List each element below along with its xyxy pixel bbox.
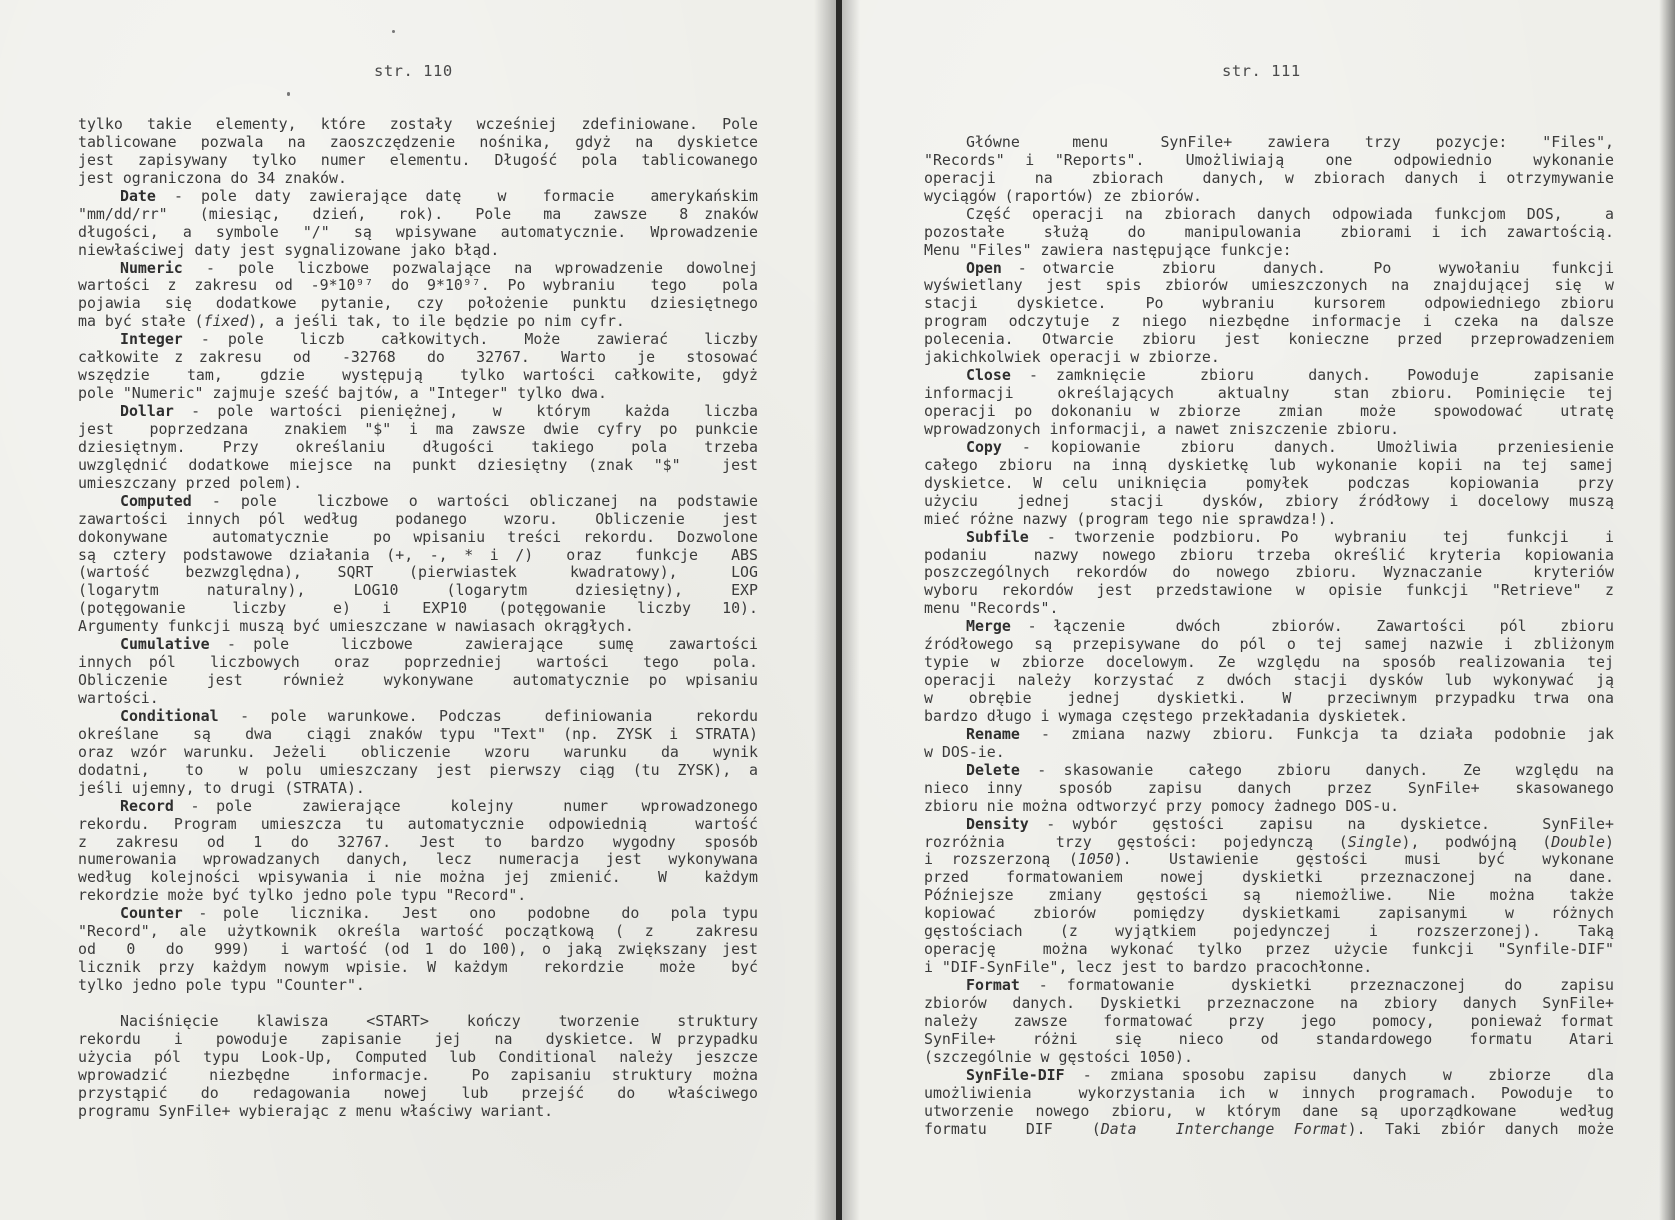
text-run: innych pól liczbowych oraz poprzedniej w… <box>78 653 758 671</box>
italic-term: Single <box>1348 833 1402 851</box>
text-run: użycia pól typu Look-Up, Computed lub Co… <box>78 1048 758 1066</box>
text-line: Merge - łączenie dwóch zbiorów. Zawartoś… <box>924 618 1614 636</box>
text-line: Conditional - pole warunkowe. Podczas de… <box>78 708 758 726</box>
text-run: należy zawsze formatować przy jego pomoc… <box>924 1012 1614 1030</box>
text-run: podaniu nazwy nowego zbioru trzeba okreś… <box>924 546 1614 564</box>
text-run: operacji należy korzystać z dwóch stacji… <box>924 671 1614 689</box>
text-run: gęstościach (z wyjątkiem pojedynczej i r… <box>924 922 1614 940</box>
text-run: dokonywane automatycznie po wpisaniu tre… <box>78 528 758 546</box>
text-line: Główne menu SynFile+ zawiera trzy pozycj… <box>924 134 1614 152</box>
text-run: - pole liczbowe pozwalające na wprowadze… <box>183 259 758 277</box>
text-run: od 0 do 999) i wartość (od 1 do 100), o … <box>78 940 758 958</box>
text-run: tylko takie elementy, które zostały wcze… <box>78 115 758 133</box>
text-run: wyświetlany jest spis zbiorów umieszczon… <box>924 276 1614 294</box>
text-line: rekordzie może być tylko jedno pole typu… <box>78 887 758 905</box>
text-run: i rozszerzoną ( <box>924 850 1078 868</box>
text-run: wartości z zakresu od -9*10⁹⁷ do 9*10⁹⁷.… <box>78 276 758 294</box>
text-line: użycia pól typu Look-Up, Computed lub Co… <box>78 1049 758 1067</box>
text-run: zawartości innych pól według podanego wz… <box>78 510 758 528</box>
field-term: Subfile <box>966 528 1029 546</box>
text-run: "Records" i "Reports". Umożliwiają one o… <box>924 151 1614 169</box>
text-run: licznik przy każdym nowym wpisie. W każd… <box>78 958 758 976</box>
blank-line <box>78 995 758 1013</box>
text-run: - formatowanie dyskietki przeznaczonej d… <box>1020 976 1614 994</box>
text-run: ). Taki zbiór danych może <box>1348 1120 1614 1138</box>
text-line: operacji na zbiorach danych, w zbiorach … <box>924 170 1614 188</box>
text-line: rekordu i powoduje zapisanie jej na dysk… <box>78 1031 758 1049</box>
text-line: w obrębie jednej dyskietki. W przeciwnym… <box>924 690 1614 708</box>
left-page: str. 110 tylko takie elementy, które zos… <box>0 0 838 1220</box>
text-line: Rename - zmiana nazwy zbioru. Funkcja ta… <box>924 726 1614 744</box>
text-line: jest zapisywany tylko numer elementu. Dł… <box>78 152 758 170</box>
field-term: Date <box>120 187 156 205</box>
text-line: Późniejsze zmiany gęstości są niemożliwe… <box>924 887 1614 905</box>
blank-line <box>924 116 1614 134</box>
field-term: Open <box>966 259 1002 277</box>
text-line: jest ograniczona do 34 znaków. <box>78 170 758 188</box>
text-run: wyboru rekordów jest przedstawione w opi… <box>924 581 1614 599</box>
text-run: SynFile+ różni się nieco od standardoweg… <box>924 1030 1614 1048</box>
text-run: program odczytuje z niego niezbędne info… <box>924 312 1614 330</box>
right-page: str. 111 Główne menu SynFile+ zawiera tr… <box>842 0 1675 1220</box>
text-run: ) <box>1605 833 1614 851</box>
field-term: Merge <box>966 617 1011 635</box>
text-run: wprowadzonych informacji, a nawet zniszc… <box>924 420 1399 438</box>
text-line: Counter - pole licznika. Jest ono podobn… <box>78 905 758 923</box>
text-run: określane są dwa ciągi znaków typu "Text… <box>78 725 758 743</box>
text-line: z zakresu od 1 do 32767. Jest to bardzo … <box>78 834 758 852</box>
text-run: Część operacji na zbiorach danych odpowi… <box>966 205 1614 223</box>
text-run: są cztery podstawowe działania (+, -, * … <box>78 546 758 564</box>
italic-term: Double <box>1551 833 1605 851</box>
field-term: SynFile-DIF <box>966 1066 1065 1084</box>
text-line: tylko jedno pole typu "Counter". <box>78 977 758 995</box>
text-line: Obliczenie jest również wykonywane autom… <box>78 672 758 690</box>
text-line: wprowadzonych informacji, a nawet zniszc… <box>924 421 1614 439</box>
text-run: rozróżnia trzy gęstości: pojedynczą ( <box>924 833 1348 851</box>
text-line: formatu DIF (Data Interchange Format). T… <box>924 1121 1614 1139</box>
text-line: przystąpić do redagowania nowej lub prze… <box>78 1085 758 1103</box>
text-line: operacji należy korzystać z dwóch stacji… <box>924 672 1614 690</box>
text-run: ), podwójną ( <box>1401 833 1551 851</box>
text-line: umieszczany przed polem). <box>78 475 758 493</box>
text-line: wyświetlany jest spis zbiorów umieszczon… <box>924 277 1614 295</box>
text-run: źródłowego są przepisywane do pól o tej … <box>924 635 1614 653</box>
text-line: Dollar - pole wartości pieniężnej, w któ… <box>78 403 758 421</box>
text-line: Date - pole daty zawierające datę w form… <box>78 188 758 206</box>
text-line: i rozszerzoną (1050). Ustawienie gęstośc… <box>924 851 1614 869</box>
text-run: typie w zbiorze docelowym. Ze względu na… <box>924 653 1614 671</box>
text-line: uwzględnić dodatkowe miejsce na punkt dz… <box>78 457 758 475</box>
field-term: Computed <box>120 492 192 510</box>
text-run: w obrębie jednej dyskietki. W przeciwnym… <box>924 689 1614 707</box>
text-line: jeśli ujemny, to drugi (STRATA). <box>78 780 758 798</box>
field-term: Cumulative <box>120 635 210 653</box>
text-line: informacji określających aktualny stan z… <box>924 385 1614 403</box>
text-line: i "DIF-SynFile", lecz jest to bardzo pra… <box>924 959 1614 977</box>
text-line: wartości z zakresu od -9*10⁹⁷ do 9*10⁹⁷.… <box>78 277 758 295</box>
text-run: - pole licznika. Jest ono podobne do pol… <box>183 904 758 922</box>
text-run: utworzenie nowego zbioru, w którym dane … <box>924 1102 1614 1120</box>
text-line: od 0 do 999) i wartość (od 1 do 100), o … <box>78 941 758 959</box>
text-run: długości, a symbole "/" są wpisywane aut… <box>78 223 758 241</box>
text-line: Density - wybór gęstości zapisu na dyski… <box>924 816 1614 834</box>
text-run: Naciśnięcie klawisza <START> kończy twor… <box>120 1012 758 1030</box>
text-run: zbioru nie można odtworzyć przy pomocy ż… <box>924 797 1399 815</box>
text-line: gęstościach (z wyjątkiem pojedynczej i r… <box>924 923 1614 941</box>
text-run: dyskietce. W celu uniknięcia pomyłek pod… <box>924 474 1614 492</box>
text-run: - pole daty zawierające datę w formacie … <box>156 187 758 205</box>
text-run: kopiować zbiorów pomiędzy dyskietkami za… <box>924 904 1614 922</box>
page-number: str. 110 <box>374 62 453 80</box>
text-run: - zmiana sposobu zapisu danych w zbiorze… <box>1065 1066 1614 1084</box>
text-line: są cztery podstawowe działania (+, -, * … <box>78 547 758 565</box>
text-line: numerowania wprowadzanych danych, lecz n… <box>78 851 758 869</box>
text-line: całkowite z zakresu od -32768 do 32767. … <box>78 349 758 367</box>
text-line: Copy - kopiowanie zbioru danych. Umożliw… <box>924 439 1614 457</box>
text-line: utworzenie nowego zbioru, w którym dane … <box>924 1103 1614 1121</box>
text-run: tablicowane pozwala na zaoszczędzenie no… <box>78 133 758 151</box>
field-term: Integer <box>120 330 183 348</box>
speck <box>287 92 290 96</box>
text-run: - skasowanie całego zbioru danych. Ze wz… <box>1020 761 1614 779</box>
text-line: "Record", ale użytkownik określa wartość… <box>78 923 758 941</box>
text-run: - pole zawierające kolejny numer wprowad… <box>174 797 758 815</box>
text-run: ma być stałe ( <box>78 312 204 330</box>
text-run: stacji dyskietce. Po wybraniu kursorem o… <box>924 294 1614 312</box>
text-line: Subfile - tworzenie podzbioru. Po wybran… <box>924 529 1614 547</box>
speck <box>392 30 395 33</box>
text-run: polecenia. Otwarcie zbioru jest konieczn… <box>924 330 1614 348</box>
text-line: umożliwienia wykorzystania ich w innych … <box>924 1085 1614 1103</box>
text-run: ), a jeśli tak, to ile będzie po nim cyf… <box>248 312 625 330</box>
text-line: dyskietce. W celu uniknięcia pomyłek pod… <box>924 475 1614 493</box>
text-run: w DOS-ie. <box>924 743 1005 761</box>
text-line: rozróżnia trzy gęstości: pojedynczą (Sin… <box>924 834 1614 852</box>
field-term: Dollar <box>120 402 174 420</box>
text-run: poszczególnych rekordów do nowego zbioru… <box>924 563 1614 581</box>
text-line: Record - pole zawierające kolejny numer … <box>78 798 758 816</box>
text-run: całkowite z zakresu od -32768 do 32767. … <box>78 348 758 366</box>
text-line: typie w zbiorze docelowym. Ze względu na… <box>924 654 1614 672</box>
text-line: rekordu. Program umieszcza tu automatycz… <box>78 816 758 834</box>
text-line: stacji dyskietce. Po wybraniu kursorem o… <box>924 295 1614 313</box>
text-run: umieszczany przed polem). <box>78 474 302 492</box>
text-line: innych pól liczbowych oraz poprzedniej w… <box>78 654 758 672</box>
text-run: rekordzie może być tylko jedno pole typu… <box>78 886 526 904</box>
text-line: Delete - skasowanie całego zbioru danych… <box>924 762 1614 780</box>
text-run: operacji po dokonaniu w zbiorze zmian mo… <box>924 402 1614 420</box>
text-line: Menu "Files" zawiera następujące funkcje… <box>924 242 1614 260</box>
text-run: wartości. <box>78 689 159 707</box>
text-run: - łączenie dwóch zbiorów. Zawartości pól… <box>1011 617 1614 635</box>
text-line: źródłowego są przepisywane do pól o tej … <box>924 636 1614 654</box>
text-run: - otwarcie zbioru danych. Po wywołaniu f… <box>1002 259 1614 277</box>
text-run: informacji określających aktualny stan z… <box>924 384 1614 402</box>
text-line: wyciągów (raportów) ze zbiorów. <box>924 188 1614 206</box>
text-line: (potęgowanie liczby e) i EXP10 (potęgowa… <box>78 600 758 618</box>
field-term: Delete <box>966 761 1020 779</box>
text-run: Późniejsze zmiany gęstości są niemożliwe… <box>924 886 1614 904</box>
text-line: pozostałe służą do manipulowania zbioram… <box>924 224 1614 242</box>
text-run: rekordu i powoduje zapisanie jej na dysk… <box>78 1030 758 1048</box>
text-line: należy zawsze formatować przy jego pomoc… <box>924 1013 1614 1031</box>
text-line: program odczytuje z niego niezbędne info… <box>924 313 1614 331</box>
text-line: SynFile+ różni się nieco od standardoweg… <box>924 1031 1614 1049</box>
text-run: rekordu. Program umieszcza tu automatycz… <box>78 815 758 833</box>
text-line: programu SynFile+ wybierając z menu właś… <box>78 1103 758 1121</box>
text-run: jest ograniczona do 34 znaków. <box>78 169 347 187</box>
text-line: określane są dwa ciągi znaków typu "Text… <box>78 726 758 744</box>
text-line: "mm/dd/rr" (miesiąc, dzień, rok). Pole m… <box>78 206 758 224</box>
text-line: niewłaściwej daty jest sygnalizowane jak… <box>78 242 758 260</box>
text-line: Computed - pole liczbowe o wartości obli… <box>78 493 758 511</box>
text-line: jakichkolwiek operacji w zbiorze. <box>924 349 1614 367</box>
text-run: tylko jedno pole typu "Counter". <box>78 976 365 994</box>
text-line: Numeric - pole liczbowe pozwalające na w… <box>78 260 758 278</box>
text-line: "Records" i "Reports". Umożliwiają one o… <box>924 152 1614 170</box>
text-run: jakichkolwiek operacji w zbiorze. <box>924 348 1220 366</box>
text-run: pole "Numeric" zajmuje sześć bajtów, a "… <box>78 384 607 402</box>
text-line: Open - otwarcie zbioru danych. Po wywoła… <box>924 260 1614 278</box>
text-run: według kolejności wpisywania i nie można… <box>78 868 758 886</box>
text-line: (szczególnie w gęstości 1050). <box>924 1049 1614 1067</box>
text-run: oraz wzór warunku. Jeżeli obliczenie wzo… <box>78 743 758 761</box>
text-run: nieco inny sposób zapisu danych przez Sy… <box>924 779 1614 797</box>
text-run: - zamknięcie zbioru danych. Powoduje zap… <box>1011 366 1614 384</box>
text-line: operacji po dokonaniu w zbiorze zmian mo… <box>924 403 1614 421</box>
text-line: podaniu nazwy nowego zbioru trzeba okreś… <box>924 547 1614 565</box>
text-line: według kolejności wpisywania i nie można… <box>78 869 758 887</box>
text-line: wyboru rekordów jest przedstawione w opi… <box>924 582 1614 600</box>
field-term: Numeric <box>120 259 183 277</box>
book-spread: str. 110 tylko takie elementy, które zos… <box>0 0 1675 1220</box>
text-run: - tworzenie podzbioru. Po wybraniu tej f… <box>1029 528 1614 546</box>
text-line: całego zbioru na inną dyskietkę lub wyko… <box>924 457 1614 475</box>
field-term: Format <box>966 976 1020 994</box>
text-line: tylko takie elementy, które zostały wcze… <box>78 116 758 134</box>
text-run: wprowadzić niezbędne informacje. Po zapi… <box>78 1066 758 1084</box>
text-run: i "DIF-SynFile", lecz jest to bardzo pra… <box>924 958 1372 976</box>
text-line: menu "Records". <box>924 600 1614 618</box>
text-line: Argumenty funkcji muszą być umieszczane … <box>78 618 758 636</box>
page-body-text: tylko takie elementy, które zostały wcze… <box>78 116 758 1121</box>
text-line: jest poprzedzana znakiem "$" i ma zawsze… <box>78 421 758 439</box>
text-run: Obliczenie jest również wykonywane autom… <box>78 671 758 689</box>
text-line: poszczególnych rekordów do nowego zbioru… <box>924 564 1614 582</box>
text-line: dokonywane automatycznie po wpisaniu tre… <box>78 529 758 547</box>
field-term: Close <box>966 366 1011 384</box>
text-run: dziesiętnym. Przy określaniu długości ta… <box>78 438 758 456</box>
text-run: Główne menu SynFile+ zawiera trzy pozycj… <box>966 133 1614 151</box>
text-run: - zmiana nazwy zbioru. Funkcja ta działa… <box>1020 725 1614 743</box>
text-run: niewłaściwej daty jest sygnalizowane jak… <box>78 241 499 259</box>
page-number: str. 111 <box>1222 62 1301 80</box>
text-run: programu SynFile+ wybierając z menu właś… <box>78 1102 553 1120</box>
text-line: Naciśnięcie klawisza <START> kończy twor… <box>78 1013 758 1031</box>
field-term: Conditional <box>120 707 219 725</box>
text-line: oraz wzór warunku. Jeżeli obliczenie wzo… <box>78 744 758 762</box>
field-term: Copy <box>966 438 1002 456</box>
text-run: Argumenty funkcji muszą być umieszczane … <box>78 617 634 635</box>
text-run: ). Ustawienie gęstości musi być wykonane <box>1114 850 1614 868</box>
text-line: Close - zamknięcie zbioru danych. Powodu… <box>924 367 1614 385</box>
text-line: dodatni, to w polu umieszczany jest pier… <box>78 762 758 780</box>
text-run: jeśli ujemny, to drugi (STRATA). <box>78 779 365 797</box>
text-line: przed formatowaniem nowej dyskietki prze… <box>924 869 1614 887</box>
page-body-text: Główne menu SynFile+ zawiera trzy pozycj… <box>924 116 1614 1138</box>
text-run: umożliwienia wykorzystania ich w innych … <box>924 1084 1614 1102</box>
text-line: w DOS-ie. <box>924 744 1614 762</box>
text-line: Integer - pole liczb całkowitych. Może z… <box>78 331 758 349</box>
text-run: uwzględnić dodatkowe miejsce na punkt dz… <box>78 456 758 474</box>
text-line: mieć różne nazwy (program tego nie spraw… <box>924 511 1614 529</box>
text-run: z zakresu od 1 do 32767. Jest to bardzo … <box>78 833 758 851</box>
text-run: - pole liczb całkowitych. Może zawierać … <box>183 330 758 348</box>
text-run: Menu "Files" zawiera następujące funkcje… <box>924 241 1292 259</box>
text-run: przystąpić do redagowania nowej lub prze… <box>78 1084 758 1102</box>
text-line: kopiować zbiorów pomiędzy dyskietkami za… <box>924 905 1614 923</box>
text-line: tablicowane pozwala na zaoszczędzenie no… <box>78 134 758 152</box>
text-run: operacji na zbiorach danych, w zbiorach … <box>924 169 1614 187</box>
italic-term: fixed <box>204 312 249 330</box>
text-run: - pole warunkowe. Podczas definiowania r… <box>219 707 758 725</box>
text-line: operację można wykonać tylko przez użyci… <box>924 941 1614 959</box>
text-line: wszędzie tam, gdzie występują tylko wart… <box>78 367 758 385</box>
text-line: bardzo długo i wymaga częstego przekłada… <box>924 708 1614 726</box>
text-line: nieco inny sposób zapisu danych przez Sy… <box>924 780 1614 798</box>
text-run: całego zbioru na inną dyskietkę lub wyko… <box>924 456 1614 474</box>
text-run: dodatni, to w polu umieszczany jest pier… <box>78 761 758 779</box>
text-run: jest zapisywany tylko numer elementu. Dł… <box>78 151 758 169</box>
text-run: wszędzie tam, gdzie występują tylko wart… <box>78 366 758 384</box>
text-line: licznik przy każdym nowym wpisie. W każd… <box>78 959 758 977</box>
italic-term: 1050 <box>1078 850 1114 868</box>
text-run: (wartość bezwzględna), SQRT (pierwiastek… <box>78 563 758 581</box>
text-line: wprowadzić niezbędne informacje. Po zapi… <box>78 1067 758 1085</box>
field-term: Record <box>120 797 174 815</box>
field-term: Rename <box>966 725 1020 743</box>
text-run: operację można wykonać tylko przez użyci… <box>924 940 1614 958</box>
text-run: "Record", ale użytkownik określa wartość… <box>78 922 758 940</box>
text-run: przed formatowaniem nowej dyskietki prze… <box>924 868 1614 886</box>
text-run: numerowania wprowadzanych danych, lecz n… <box>78 850 758 868</box>
field-term: Density <box>966 815 1029 833</box>
text-run: - wybór gęstości zapisu na dyskietce. Sy… <box>1029 815 1614 833</box>
text-run: menu "Records". <box>924 599 1058 617</box>
text-run: użyciu jednej stacji dysków, zbiory źród… <box>924 492 1614 510</box>
text-line: pole "Numeric" zajmuje sześć bajtów, a "… <box>78 385 758 403</box>
text-run: (logarytm naturalny), LOG10 (logarytm dz… <box>78 581 758 599</box>
text-run: - kopiowanie zbioru danych. Umożliwia pr… <box>1002 438 1614 456</box>
italic-term: Data Interchange Format <box>1101 1120 1348 1138</box>
text-line: polecenia. Otwarcie zbioru jest konieczn… <box>924 331 1614 349</box>
text-line: zbiorów danych. Dyskietki przeznaczone n… <box>924 995 1614 1013</box>
text-line: wartości. <box>78 690 758 708</box>
text-line: Cumulative - pole liczbowe zawierające s… <box>78 636 758 654</box>
text-line: dziesiętnym. Przy określaniu długości ta… <box>78 439 758 457</box>
text-run: bardzo długo i wymaga częstego przekłada… <box>924 707 1408 725</box>
text-line: Część operacji na zbiorach danych odpowi… <box>924 206 1614 224</box>
text-run: formatu DIF ( <box>924 1120 1101 1138</box>
text-run: pozostałe służą do manipulowania zbioram… <box>924 223 1614 241</box>
text-run: mieć różne nazwy (program tego nie spraw… <box>924 510 1336 528</box>
text-run: "mm/dd/rr" (miesiąc, dzień, rok). Pole m… <box>78 205 758 223</box>
text-line: ma być stałe (fixed), a jeśli tak, to il… <box>78 313 758 331</box>
text-line: użyciu jednej stacji dysków, zbiory źród… <box>924 493 1614 511</box>
text-run: zbiorów danych. Dyskietki przeznaczone n… <box>924 994 1614 1012</box>
text-run: (szczególnie w gęstości 1050). <box>924 1048 1193 1066</box>
text-line: SynFile-DIF - zmiana sposobu zapisu dany… <box>924 1067 1614 1085</box>
text-run: jest poprzedzana znakiem "$" i ma zawsze… <box>78 420 758 438</box>
text-line: zbioru nie można odtworzyć przy pomocy ż… <box>924 798 1614 816</box>
text-run: - pole liczbowe zawierające sumę zawarto… <box>210 635 758 653</box>
text-line: pojawia się dodatkowe pytanie, czy położ… <box>78 295 758 313</box>
text-line: (logarytm naturalny), LOG10 (logarytm dz… <box>78 582 758 600</box>
text-line: zawartości innych pól według podanego wz… <box>78 511 758 529</box>
text-line: długości, a symbole "/" są wpisywane aut… <box>78 224 758 242</box>
text-run: wyciągów (raportów) ze zbiorów. <box>924 187 1202 205</box>
text-run: - pole liczbowe o wartości obliczanej na… <box>192 492 758 510</box>
text-run: (potęgowanie liczby e) i EXP10 (potęgowa… <box>78 599 758 617</box>
text-line: (wartość bezwzględna), SQRT (pierwiastek… <box>78 564 758 582</box>
text-run: pojawia się dodatkowe pytanie, czy położ… <box>78 294 758 312</box>
text-run: - pole wartości pieniężnej, w którym każ… <box>174 402 758 420</box>
text-line: Format - formatowanie dyskietki przeznac… <box>924 977 1614 995</box>
field-term: Counter <box>120 904 183 922</box>
